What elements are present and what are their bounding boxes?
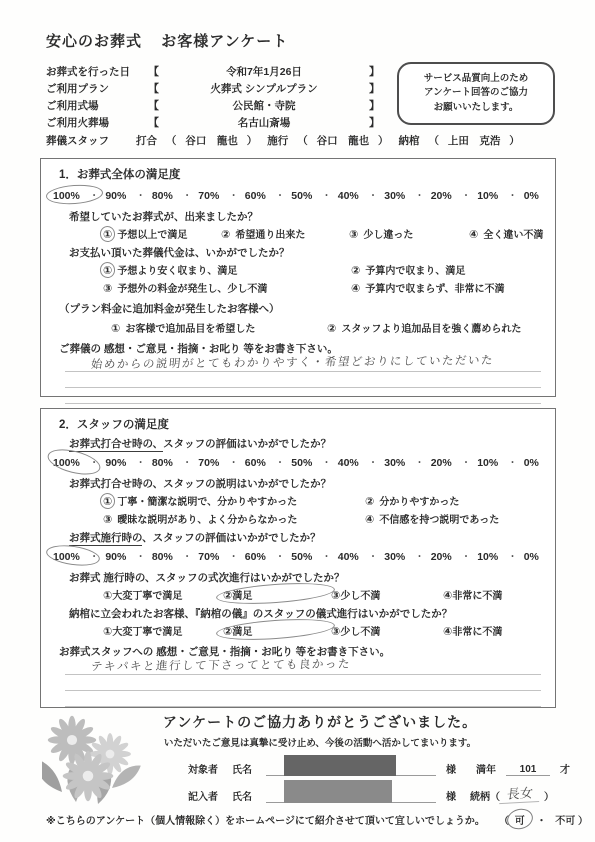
scale-percent: 0% [524,551,539,563]
redaction-box [284,780,392,803]
notice-line: サービス品質向上のため [405,72,547,86]
option-label: 予想以上で満足 [117,230,187,241]
option: ④非常に不満 [443,623,545,638]
section-overall-satisfaction: 1．お葬式全体の満足度 100% 90% 80% 70% 60% 50% 40%… [40,158,556,397]
options-meeting-explanation: ①丁寧・簡潔な説明で、分かりやすかった ②分かりやすかった ③曖昧な説明があり、… [103,493,545,526]
staff-name: 谷口 龍也 [317,135,370,147]
scale-percent: 80% [152,549,193,564]
scale-percent: 40% [338,455,379,470]
option-marker: ② [327,322,336,335]
scale-percent: 20% [431,455,472,470]
bracket-close: 】 [369,63,380,79]
option-label: お客様で追加品目を希望した [125,324,255,335]
option-label: 分かりやすかった [379,497,459,508]
scale-percent: 50% [291,455,332,470]
option-label: 予想外の料金が発生し、少し不満 [117,284,267,295]
options-encoffining-rite: ①大変丁寧で満足 ②満足 ③少し不満 ④非常に不満 [103,623,545,638]
staff-encoffining: 納棺 （ 上田 克浩 ） [399,133,526,148]
comment-area-funeral: 始めからの説明がとてもわかりやすく・希望どおりにしていただいた [65,356,541,404]
option-label: 不信感を持つ説明であった [379,515,499,526]
option: ④全く違い不満 [469,226,545,241]
option-label: 少し不満 [340,627,380,638]
name-label: 氏名 [232,788,266,803]
option-marker: ③ [331,589,340,602]
relation-label: 続柄（ [470,788,500,803]
service-notice-box: サービス品質向上のため アンケート回答のご協力 お願いいたします。 [397,62,555,125]
section1-heading: 1．お葬式全体の満足度 [59,166,545,182]
option-label: 希望通り出来た [235,230,305,241]
bracket-close: 】 [369,97,380,113]
redaction-box [284,755,396,776]
writer-name-field [266,783,436,803]
scale-percent: 70% [198,188,239,203]
option-marker: ② [221,228,230,241]
additional-fee-note: （プラン料金に追加料金が発生したお客様へ） [59,301,545,316]
staff-row: 葬儀スタッフ 打合 （ 谷口 龍也 ） 施行 （ 谷口 龍也 ） 納棺 （ 上田… [46,133,556,148]
option-marker-selected: ① [103,495,112,508]
consent-options: （ 可 ・ 不可 ） [499,812,588,827]
option: ②分かりやすかった [365,493,545,508]
page-title: 安心のお葬式 お客様アンケート [46,30,556,51]
option-marker: ③ [331,625,340,638]
scale-percent: 30% [384,188,425,203]
footer: アンケートのご協力ありがとうございました。 いただいたご意見は真摯に受け止め、今… [0,712,595,827]
paren-open: （ [297,135,308,147]
option: ④不信感を持つ説明であった [365,511,545,526]
option-marker: ④ [443,589,452,602]
staff-role: 納棺 [399,135,420,147]
consent-separator: ・ [536,816,546,827]
option-label: 満足 [232,591,252,602]
scale-percent: 20% [431,549,472,564]
doc-subtitle: お客様アンケート [161,33,288,50]
option: ③少し違った [349,226,469,241]
comment-line: テキパキと進行して下さってとても良かった [65,659,541,675]
option: ③少し不満 [331,623,443,638]
bracket-open: 【 [148,97,159,113]
paren-close: ） [509,135,520,147]
field-value: 令和7年1月26日 [159,64,369,79]
paren-close: ） [378,135,389,147]
option-selected: ②満足 [223,587,331,602]
option-label: 予算内で収まらず、非常に不満 [365,284,504,295]
field-label: ご利用式場 [46,98,148,113]
scale-percent: 80% [152,188,193,203]
question-prefix-underlined: お葬式打合せ時の、 [69,438,163,452]
writer-label: 記入者 [188,788,232,803]
scale-percent-selected: 100% [53,188,99,203]
subject-label: 対象者 [188,761,232,776]
notice-line: お願いいたします。 [405,101,547,115]
honorific: 様 [436,761,466,776]
scale-percent: 90% [105,549,146,564]
option-label: 曖昧な説明があり、よく分からなかった [117,515,297,526]
option: ①予想以上で満足 [103,226,221,241]
scale-percent: 40% [338,549,379,564]
comment-area-staff: テキパキと進行して下さってとても良かった [65,659,541,707]
brand-title: 安心のお葬式 [46,33,142,50]
staff-label: 葬儀スタッフ [46,133,136,148]
scale-percent: 30% [384,549,425,564]
handwritten-comment-staff: テキパキと進行して下さってとても良かった [90,656,351,675]
option-marker: ③ [103,282,112,295]
scale-percent: 60% [245,455,286,470]
scale-percent: 0% [524,190,539,202]
option-label: 全く違い不満 [483,230,543,241]
flower-decoration-icon [42,714,146,818]
scale-percent: 50% [291,549,332,564]
scale-percent-selected: 100% [53,549,99,564]
paren-open: （ [428,135,439,147]
satisfaction-scale-overall: 100% 90% 80% 70% 60% 50% 40% 30% 20% 10%… [51,186,545,205]
comment-line [65,388,541,404]
option-label: 大変丁寧で満足 [112,591,182,602]
field-label: ご利用火葬場 [46,115,148,130]
option: ①お客様で追加品目を希望した [111,320,327,335]
question-prefix-underlined: お葬式施行時の [69,532,142,546]
question-meeting-rating: お葬式打合せ時の、スタッフの評価はいかがでしたか？ [69,436,545,451]
option: ④非常に不満 [443,587,545,602]
option: ②予算内で収まり、満足 [351,262,545,277]
option-label: 少し不満 [340,591,380,602]
survey-page: 安心のお葬式 お客様アンケート お葬式を行った日 【 令和7年1月26日 】 ご… [0,0,595,842]
scale-percent-selected: 100% [53,455,99,470]
option-marker: ② [223,625,232,638]
bracket-open: 【 [148,114,159,130]
age-value: 101 [506,764,550,776]
comment-line [65,675,541,691]
staff-name: 上田 克浩 [448,135,501,147]
name-label: 氏名 [232,761,266,776]
question-rest: 、スタッフの評価はいかがでしたか？ [142,532,321,544]
staff-role: 施行 [267,135,288,147]
option-label: 非常に不満 [452,591,502,602]
scale-percent: 50% [291,188,332,203]
option: ③予想外の料金が発生し、少し不満 [103,280,351,295]
option-label: 予想より安く収まり、満足 [117,266,237,277]
option-marker: ② [365,495,374,508]
field-label: ご利用プラン [46,81,148,96]
option: ②希望通り出来た [221,226,349,241]
option-marker-selected: ① [103,264,112,277]
writer-row: 記入者 氏名 様 続柄（ 長女 ） [188,783,595,803]
scale-percent: 20% [431,188,472,203]
scale-percent: 0% [524,457,539,469]
age-unit: 才 [560,761,570,776]
option-label: 満足 [232,627,252,638]
field-value: 名古山斎場 [159,115,369,130]
paren-close: ） [247,135,258,147]
scale-percent: 30% [384,455,425,470]
field-label: お葬式を行った日 [46,64,148,79]
staff-meeting: 打合 （ 谷口 龍也 ） [136,133,263,148]
option-marker: ① [111,322,120,335]
bracket-open: 【 [148,63,159,79]
staff-execution: 施行 （ 谷口 龍也 ） [267,133,394,148]
comment-line [65,372,541,388]
option: ①大変丁寧で満足 [103,587,223,602]
notice-line: アンケート回答のご協力 [405,86,547,100]
age-label: 満年 [466,761,506,776]
option-label: 非常に不満 [452,627,502,638]
options-payment: ①予想より安く収まり、満足 ②予算内で収まり、満足 ③予想外の料金が発生し、少し… [103,262,545,295]
scale-percent: 60% [245,188,286,203]
scale-percent: 90% [105,188,146,203]
option-marker: ① [103,625,112,638]
consent-paren-close: ） [578,816,588,827]
options-ceremony-procedure: ①大変丁寧で満足 ②満足 ③少し不満 ④非常に不満 [103,587,545,602]
option: ②スタッフより追加品目を強く薦められた [327,320,545,335]
question-meeting-explanation: お葬式打合せ時の、スタッフの説明はいかがでしたか？ [69,476,545,491]
thanks-subtitle: いただいたご意見は真摯に受け止め、今後の活動へ活かしてまいります。 [120,735,520,749]
option: ④予算内で収まらず、非常に不満 [351,280,545,295]
handwritten-comment-funeral: 始めからの説明がとてもわかりやすく・希望どおりにしていただいた [90,352,494,372]
option-label: 少し違った [363,230,413,241]
scale-percent: 10% [477,455,518,470]
scale-percent: 10% [477,549,518,564]
option: ①丁寧・簡潔な説明で、分かりやすかった [103,493,365,508]
relation-close: ） [544,788,554,803]
scale-percent: 10% [477,188,518,203]
option-marker-selected: ① [103,228,112,241]
satisfaction-scale-execution: 100% 90% 80% 70% 60% 50% 40% 30% 20% 10%… [51,547,545,566]
field-value: 公民館・寺院 [159,98,369,113]
scale-percent: 90% [105,455,146,470]
question-rest: スタッフの評価はいかがでしたか？ [163,438,331,450]
option-marker: ② [351,264,360,277]
question-wish-fulfilled: 希望していたお葬式が、出来ましたか？ [69,209,545,224]
paren-open: （ [166,135,177,147]
scale-percent: 70% [198,455,239,470]
satisfaction-scale-meeting: 100% 90% 80% 70% 60% 50% 40% 30% 20% 10%… [51,453,545,472]
bracket-close: 】 [369,80,380,96]
option-marker: ④ [469,228,478,241]
comment-line: 始めからの説明がとてもわかりやすく・希望どおりにしていただいた [65,356,541,372]
option: ①予想より安く収まり、満足 [103,262,351,277]
option-marker: ② [223,589,232,602]
option-marker: ④ [351,282,360,295]
option-marker: ④ [443,625,452,638]
option-selected: ②満足 [223,623,331,638]
options-wish-fulfilled: ①予想以上で満足 ②希望通り出来た ③少し違った ④全く違い不満 [103,226,545,241]
field-value: 火葬式 シンプルプラン [159,81,369,96]
consent-yes-selected: 可 [512,812,528,827]
option: ③少し不満 [331,587,443,602]
option-label: 大変丁寧で満足 [112,627,182,638]
honorific: 様 [436,788,466,803]
option: ③曖昧な説明があり、よく分からなかった [103,511,365,526]
section2-heading: 2．スタッフの満足度 [59,416,545,432]
option-label: スタッフより追加品目を強く薦められた [341,324,521,335]
scale-percent: 70% [198,549,239,564]
option-label: 丁寧・簡潔な説明で、分かりやすかった [117,497,297,508]
option-label: 予算内で収まり、満足 [365,266,465,277]
subject-row: 対象者 氏名 様 満年 101 才 [188,756,595,776]
consent-no: 不可 [555,816,575,827]
question-payment: お支払い頂いた葬儀代金は、いかがでしたか？ [69,245,545,260]
scale-percent: 40% [338,188,379,203]
subject-name-field [266,756,436,776]
bracket-open: 【 [148,80,159,96]
options-additional-fee: ①お客様で追加品目を希望した ②スタッフより追加品目を強く薦められた [111,320,545,335]
staff-name: 谷口 龍也 [185,135,238,147]
scale-percent: 80% [152,455,193,470]
option-marker: ③ [349,228,358,241]
question-execution-rating: お葬式施行時の、スタッフの評価はいかがでしたか？ [69,530,545,545]
comment-line [65,691,541,707]
option-marker: ③ [103,513,112,526]
thanks-title: アンケートのご協力ありがとうございました。 [120,712,520,732]
option-marker: ① [103,589,112,602]
option-marker: ④ [365,513,374,526]
staff-role: 打合 [136,135,157,147]
option: ①大変丁寧で満足 [103,623,223,638]
section-staff-satisfaction: 2．スタッフの満足度 お葬式打合せ時の、スタッフの評価はいかがでしたか？ 100… [40,408,556,708]
scale-percent: 60% [245,549,286,564]
bracket-close: 】 [369,114,380,130]
handwritten-relation: 長女 [499,782,541,804]
thanks-block: アンケートのご協力ありがとうございました。 いただいたご意見は真摯に受け止め、今… [120,712,520,749]
